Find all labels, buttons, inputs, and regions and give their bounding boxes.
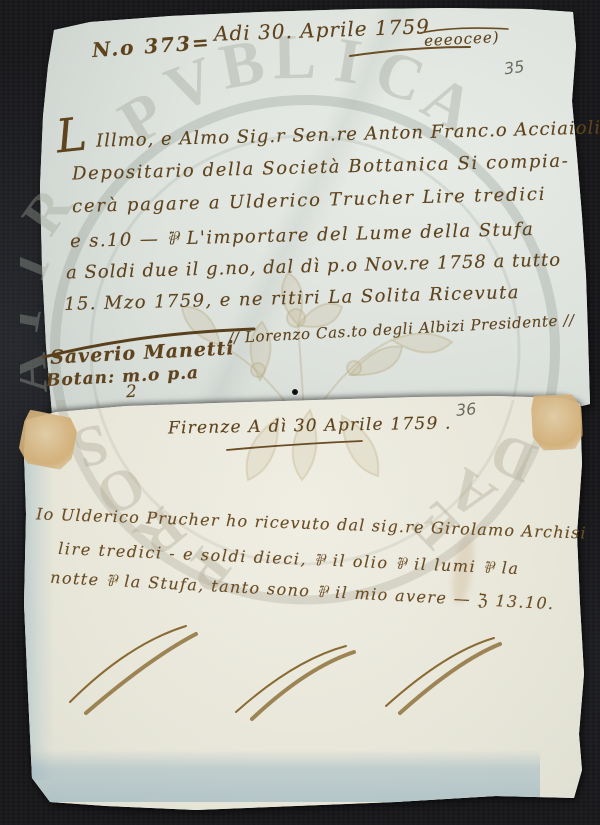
pin-hole [292, 389, 298, 395]
doc-top-signature-mark: 2 [125, 382, 137, 403]
blue-wash-left-edge [20, 420, 54, 780]
archival-photo: P V B L I C A R I T A N.o 373= Adi 30. [0, 0, 600, 825]
doc-bottom-folio-number: 36 [455, 399, 477, 420]
blue-wash-bottom-edge [20, 750, 540, 802]
doc-top-initial: L [53, 107, 89, 164]
doc-top-folio-number: 35 [503, 57, 526, 79]
